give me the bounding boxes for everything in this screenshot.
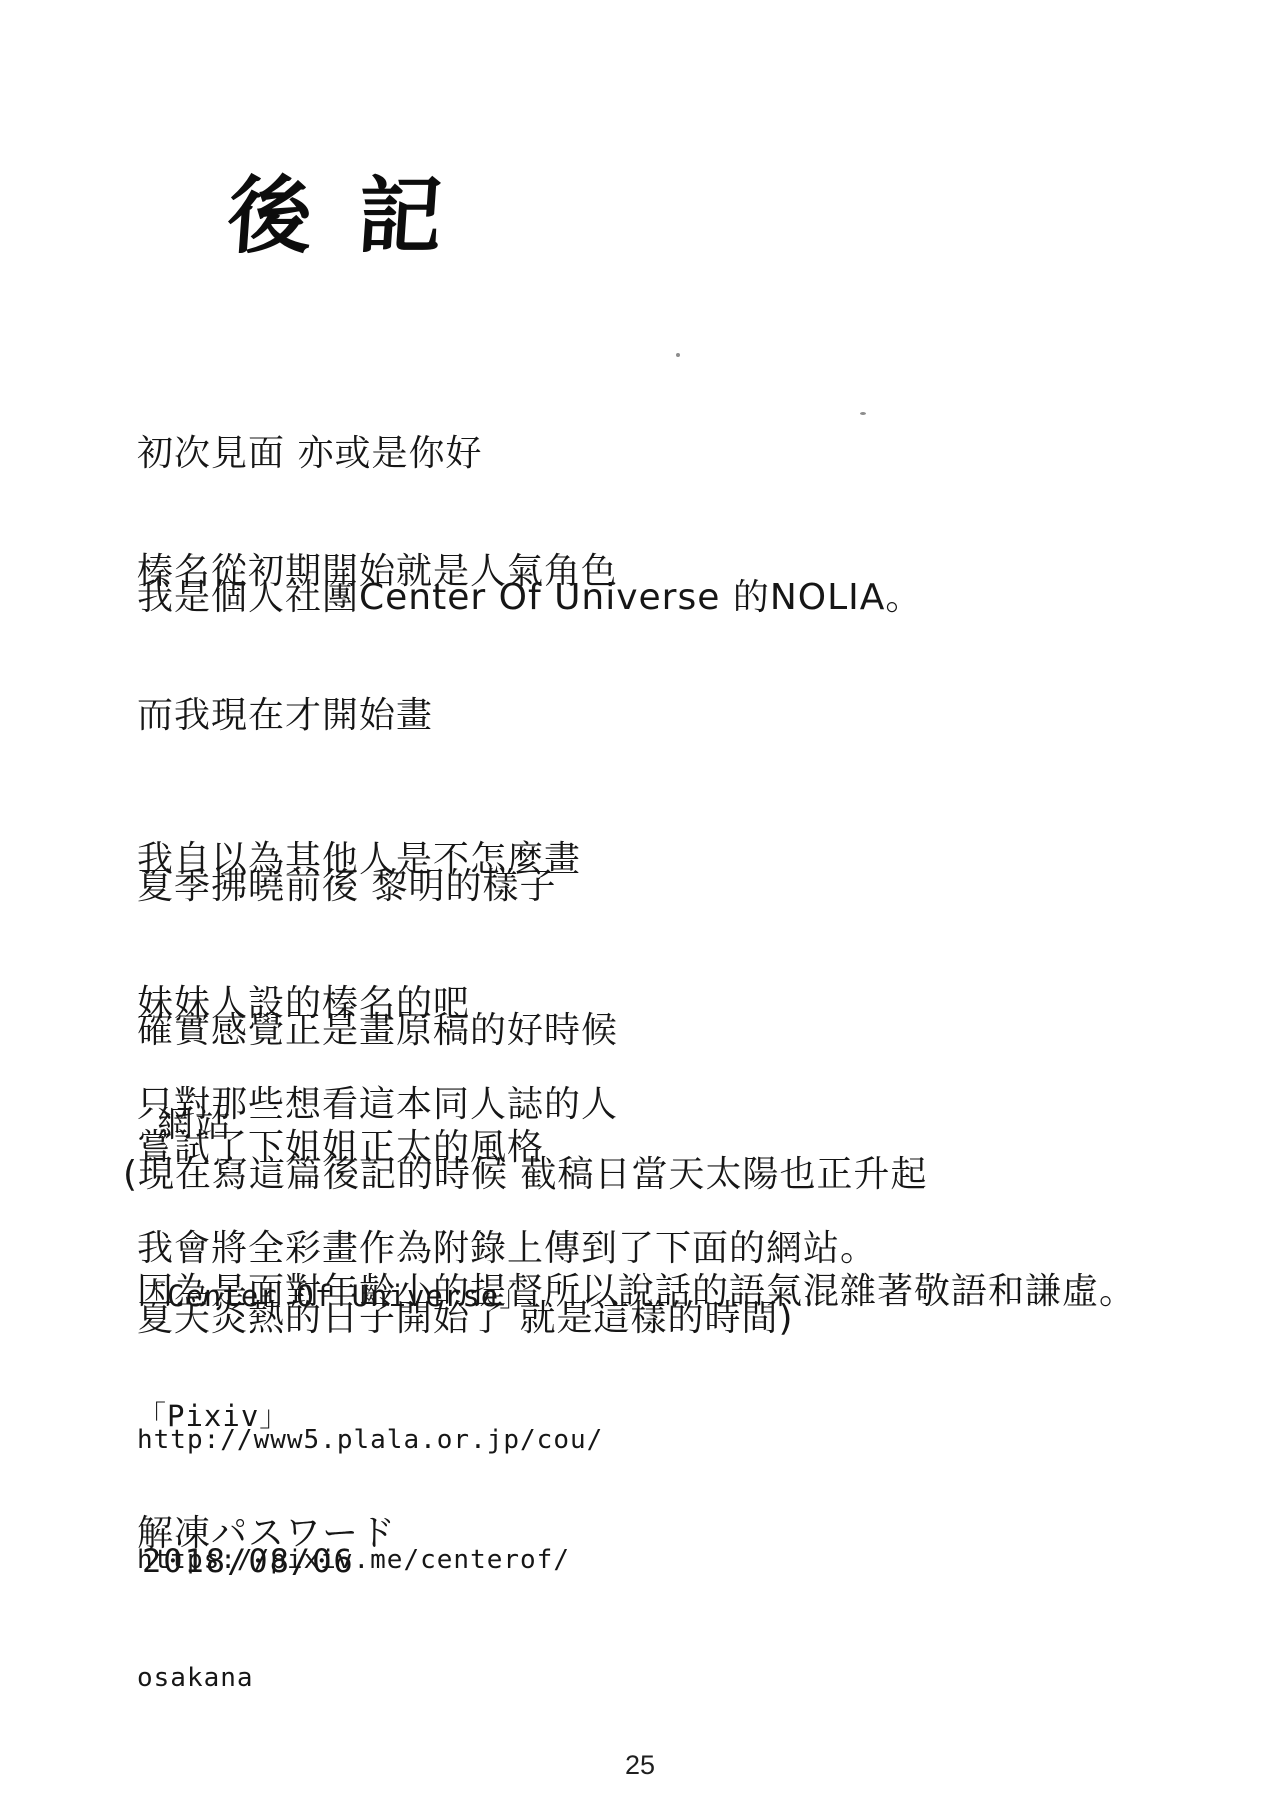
text-line: 而我現在才開始畫	[137, 692, 1136, 740]
text-line: 只對那些想看這本同人誌的人	[137, 1081, 877, 1129]
page-number: 25	[0, 1750, 1280, 1781]
print-speck	[676, 353, 680, 357]
date-text: 2018/08/06	[142, 1542, 355, 1580]
afterword-page: 後記 初次見面 亦或是你好 我是個人社團Center Of Universe 的…	[0, 0, 1280, 1808]
password-block: 解凍パスワード osakana	[137, 1414, 396, 1798]
text-line: 榛名從初期開始就是人氣角色	[137, 548, 1136, 596]
page-title: 後記	[225, 168, 492, 264]
text-line: 夏季拂曉前後 黎明的樣子	[137, 863, 928, 911]
websites-section-label: 網站	[157, 1096, 233, 1147]
password-value: osakana	[137, 1654, 396, 1702]
print-speck	[860, 412, 866, 415]
